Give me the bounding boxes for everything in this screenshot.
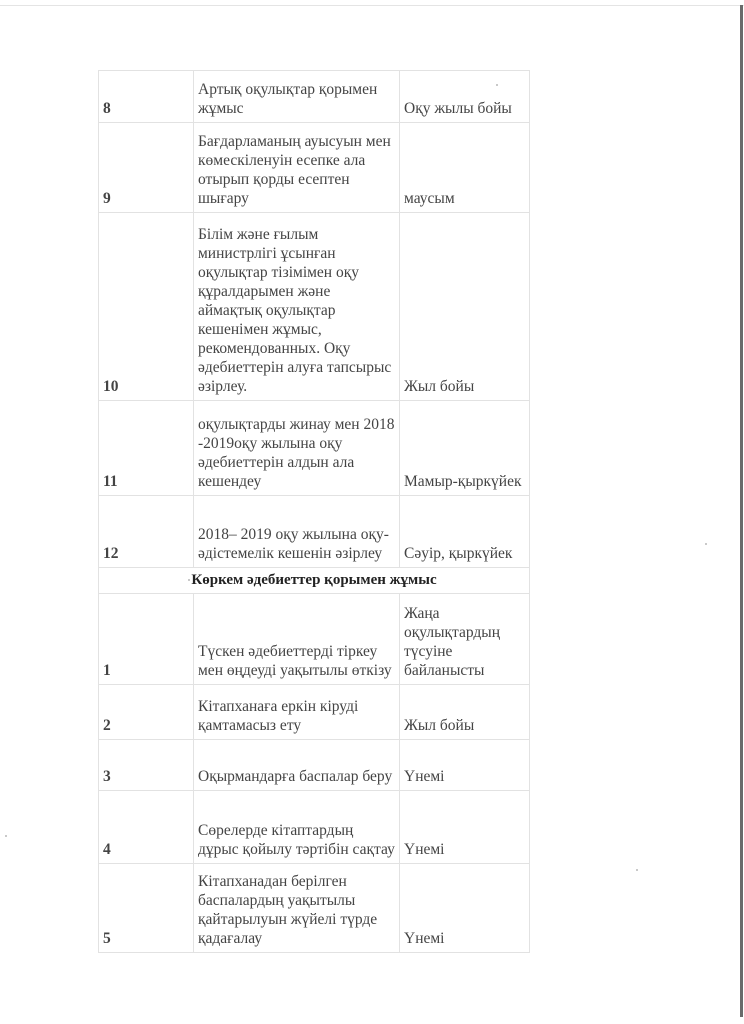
row-number: 11 [99,401,194,496]
row-task: 2018– 2019 оқу жылына оқу-әдістемелік ке… [194,496,400,568]
row-task: Сөрелерде кітаптардың дұрыс қойылу тәрті… [194,791,400,864]
work-plan-table: 8 Артық оқулықтар қорымен жұмыс Оқу жылы… [98,70,530,953]
row-task: Артық оқулықтар қорымен жұмыс [194,71,400,123]
row-term: Жаңа оқулықтардың түсуіне байланысты [400,594,530,685]
scan-edge-top [0,5,744,6]
row-number: 4 [99,791,194,864]
row-number: 1 [99,594,194,685]
table-row: 1 Түскен әдебиеттерді тіркеу мен өңдеуді… [99,594,530,685]
scan-speck [636,869,638,871]
table-row: 9 Бағдарламаның ауысуын мен көмескіленуі… [99,123,530,213]
section-title: Көркем әдебиеттер қорымен жұмыс [99,568,530,594]
row-term: Үнемі [400,864,530,953]
table-row: 12 2018– 2019 оқу жылына оқу-әдістемелік… [99,496,530,568]
row-task: Кітапханадан берілген баспалардың уақыты… [194,864,400,953]
section-header-row: Көркем әдебиеттер қорымен жұмыс [99,568,530,594]
row-term: Мамыр-қыркүйек [400,401,530,496]
row-number: 5 [99,864,194,953]
row-number: 9 [99,123,194,213]
scan-speck [5,835,7,837]
row-term: Жыл бойы [400,213,530,401]
row-term: Оқу жылы бойы [400,71,530,123]
row-number: 10 [99,213,194,401]
table-row: 10 Білім және ғылым министрлігі ұсынған … [99,213,530,401]
table-row: 11 оқулықтарды жинау мен 2018 -2019оқу ж… [99,401,530,496]
row-number: 12 [99,496,194,568]
row-term: Сәуір, қыркүйек [400,496,530,568]
row-term: маусым [400,123,530,213]
row-term: Үнемі [400,791,530,864]
table-row: 2 Кітапханаға еркін кіруді қамтамасыз ет… [99,685,530,740]
scan-edge-right [740,5,743,1017]
table-row: 5 Кітапханадан берілген баспалардың уақы… [99,864,530,953]
row-number: 2 [99,685,194,740]
row-task: Түскен әдебиеттерді тіркеу мен өңдеуді у… [194,594,400,685]
row-term: Жыл бойы [400,685,530,740]
row-number: 3 [99,740,194,791]
table-row: 3 Оқырмандарға баспалар беру Үнемі [99,740,530,791]
row-term: Үнемі [400,740,530,791]
row-task: Кітапханаға еркін кіруді қамтамасыз ету [194,685,400,740]
table-row: 4 Сөрелерде кітаптардың дұрыс қойылу тәр… [99,791,530,864]
row-task: Білім және ғылым министрлігі ұсынған оқу… [194,213,400,401]
row-number: 8 [99,71,194,123]
row-task: Оқырмандарға баспалар беру [194,740,400,791]
row-task: оқулықтарды жинау мен 2018 -2019оқу жылы… [194,401,400,496]
table-row: 8 Артық оқулықтар қорымен жұмыс Оқу жылы… [99,71,530,123]
scan-speck [705,543,707,545]
row-task: Бағдарламаның ауысуын мен көмескіленуін … [194,123,400,213]
